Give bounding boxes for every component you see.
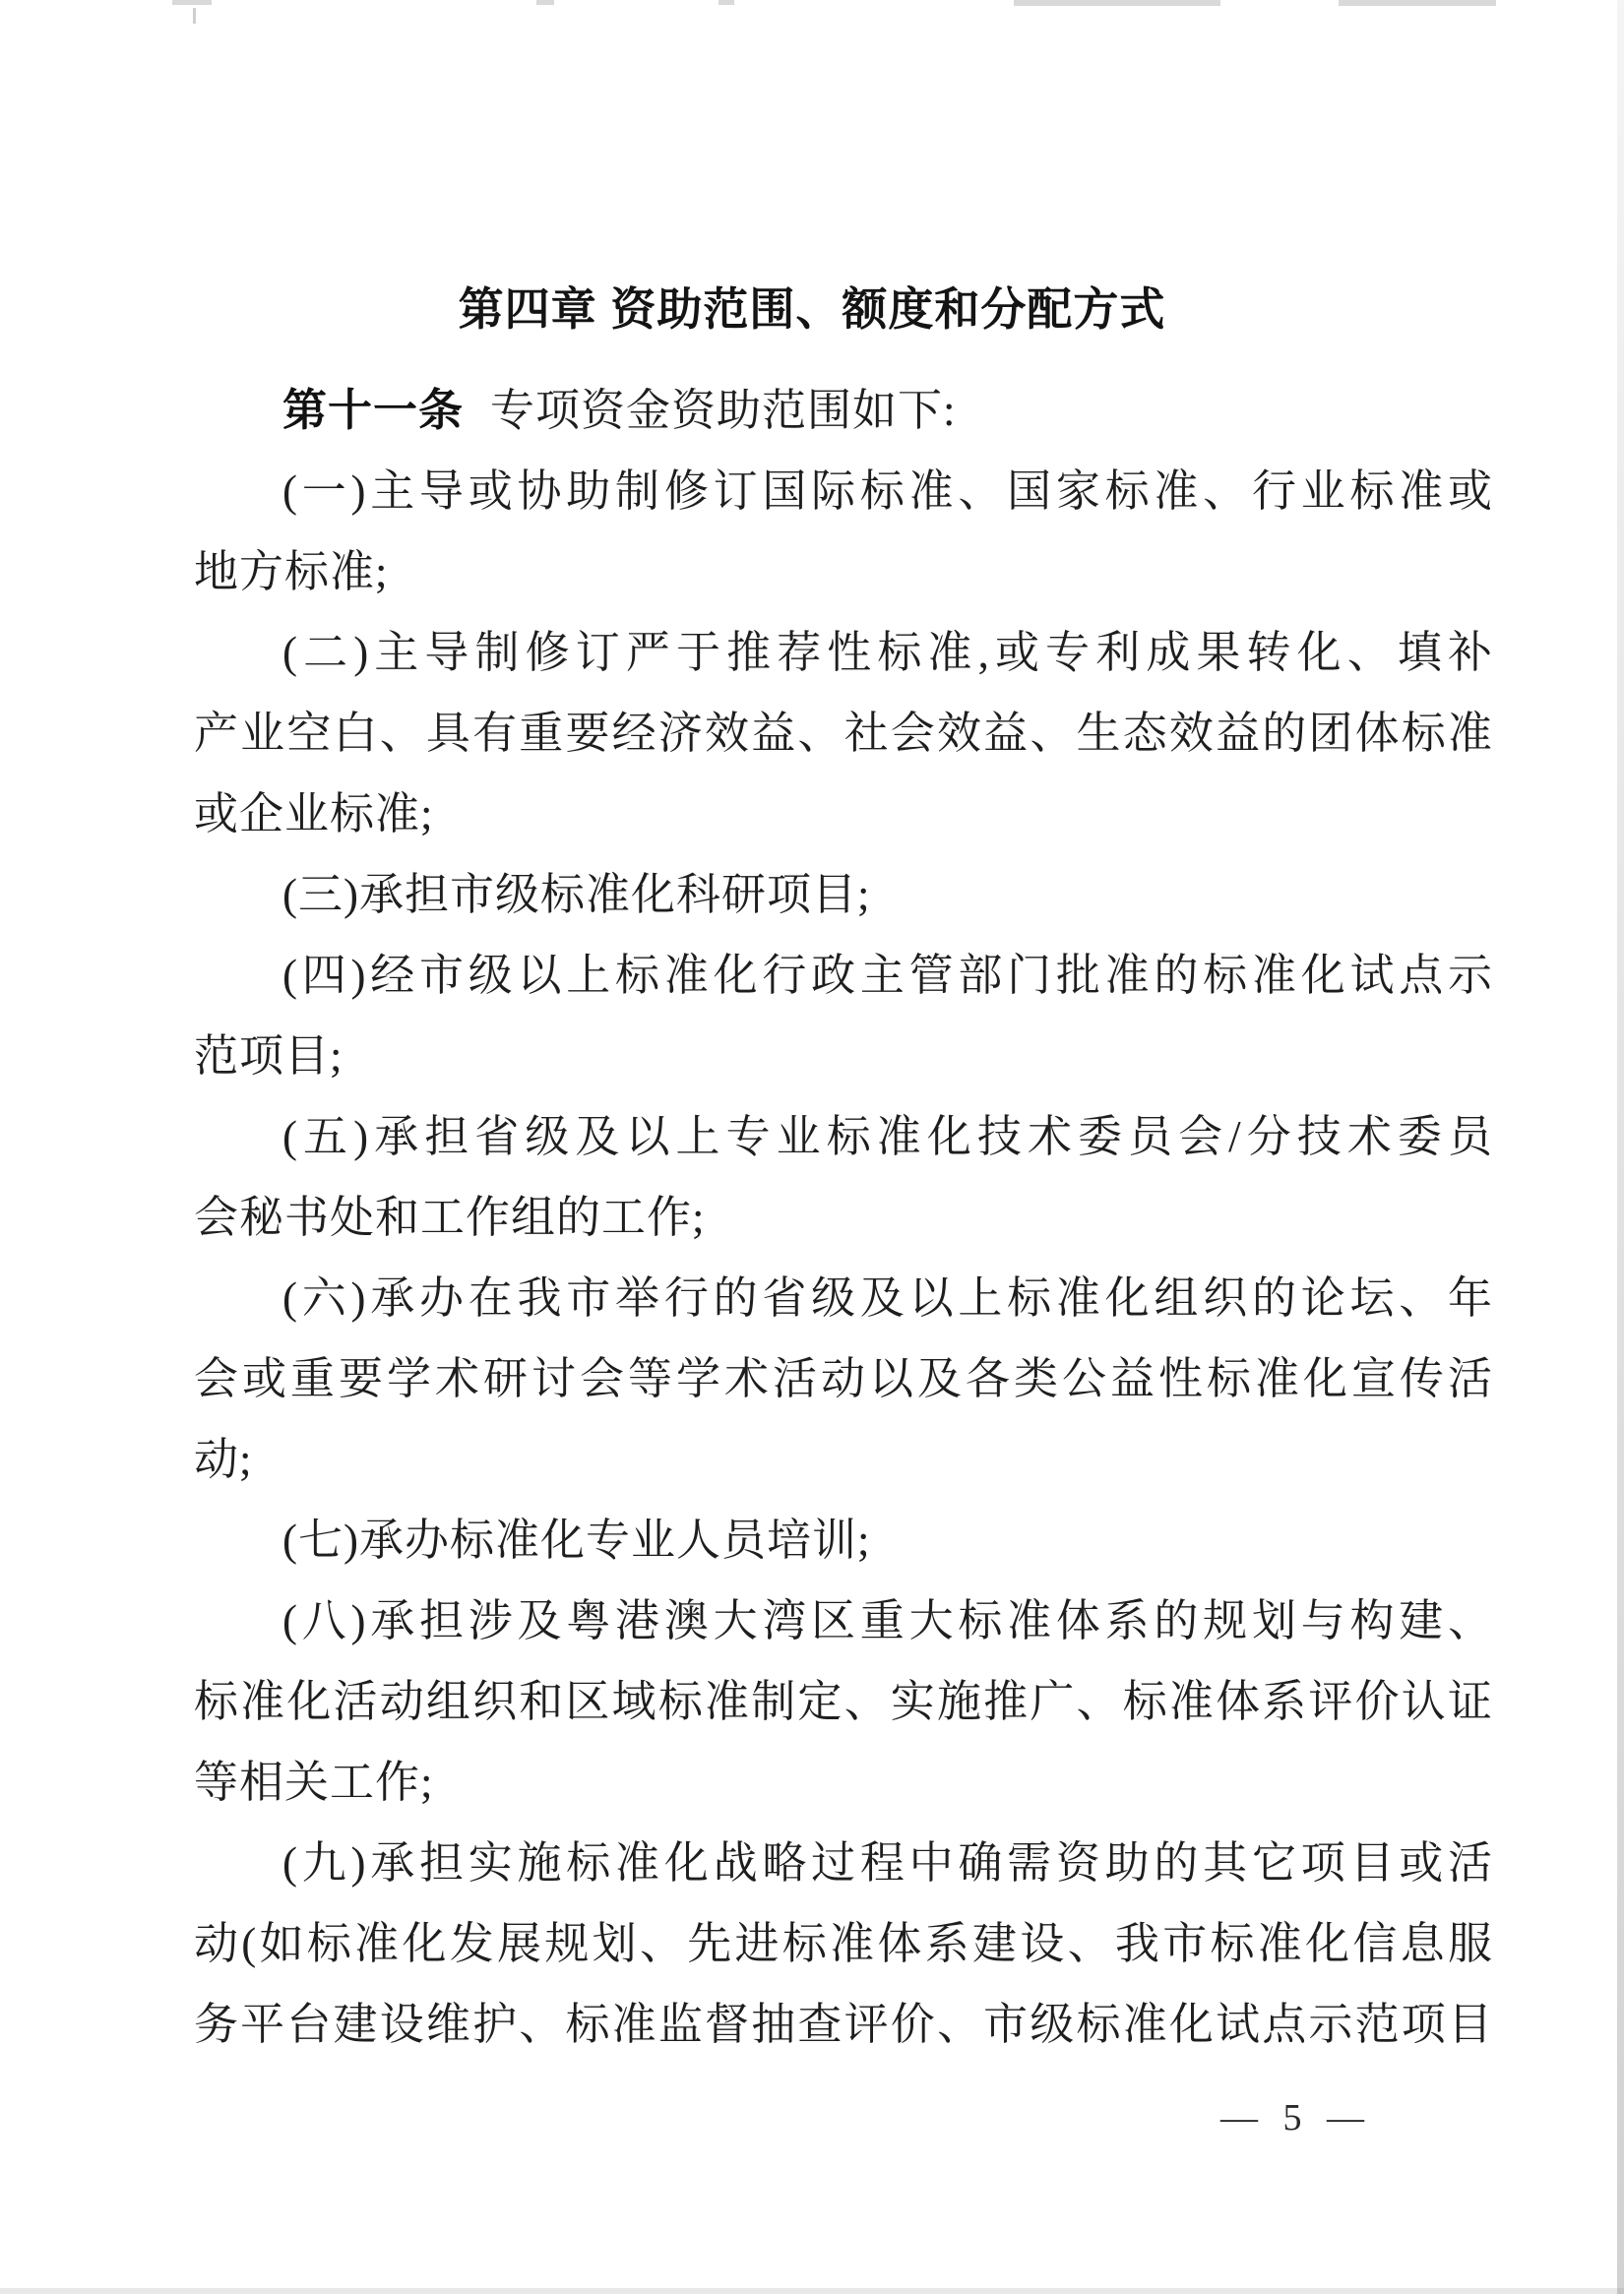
text-line: 会秘书处和工作组的工作;: [194, 1177, 1493, 1258]
text-line: 范项目;: [194, 1016, 1493, 1096]
text-line: 标准化活动组织和区域标准制定、实施推广、标准体系评价认证: [194, 1661, 1493, 1742]
text-line: 等相关工作;: [194, 1742, 1493, 1823]
list-item-7: (七)承办标准化专业人员培训;: [194, 1500, 1493, 1581]
scan-artifact: [1014, 0, 1220, 6]
text-line: 产业空白、具有重要经济效益、社会效益、生态效益的团体标准: [194, 693, 1493, 774]
list-item-4: (四)经市级以上标准化行政主管部门批准的标准化试点示 范项目;: [194, 935, 1493, 1096]
text-line: (一)主导或协助制修订国际标准、国家标准、行业标准或: [194, 451, 1493, 531]
text-line: 地方标准;: [194, 531, 1493, 612]
text-line: (五)承担省级及以上专业标准化技术委员会/分技术委员: [194, 1096, 1493, 1177]
text-line: 会或重要学术研讨会等学术活动以及各类公益性标准化宣传活: [194, 1338, 1493, 1419]
text-line: 动(如标准化发展规划、先进标准体系建设、我市标准化信息服: [194, 1903, 1493, 1984]
document-page: 第四章 资助范围、额度和分配方式 第十一条专项资金资助范围如下: (一)主导或协…: [0, 0, 1624, 2294]
list-item-9: (九)承担实施标准化战略过程中确需资助的其它项目或活 动(如标准化发展规划、先进…: [194, 1823, 1493, 2065]
article-intro-line: 第十一条专项资金资助范围如下:: [194, 370, 1493, 451]
page-number: — 5 —: [1220, 2094, 1372, 2141]
list-item-8: (八)承担涉及粤港澳大湾区重大标准体系的规划与构建、 标准化活动组织和区域标准制…: [194, 1581, 1493, 1823]
list-item-3: (三)承担市级标准化科研项目;: [194, 854, 1493, 935]
text-line: (六)承办在我市举行的省级及以上标准化组织的论坛、年: [194, 1258, 1493, 1338]
text-line: 动;: [194, 1419, 1493, 1500]
scan-artifact: [1339, 0, 1496, 6]
text-line: (二)主导制修订严于推荐性标准,或专利成果转化、填补: [194, 612, 1493, 693]
page-edge-shadow-right: [1617, 0, 1624, 2294]
list-item-5: (五)承担省级及以上专业标准化技术委员会/分技术委员 会秘书处和工作组的工作;: [194, 1096, 1493, 1258]
text-line: (九)承担实施标准化战略过程中确需资助的其它项目或活: [194, 1823, 1493, 1903]
list-item-6: (六)承办在我市举行的省级及以上标准化组织的论坛、年 会或重要学术研讨会等学术活…: [194, 1258, 1493, 1500]
text-line: 或企业标准;: [194, 774, 1493, 854]
scan-artifact: [172, 0, 212, 5]
scan-artifact: [718, 0, 734, 5]
text-line: 务平台建设维护、标准监督抽查评价、市级标准化试点示范项目: [194, 1984, 1493, 2065]
list-item-2: (二)主导制修订严于推荐性标准,或专利成果转化、填补 产业空白、具有重要经济效益…: [194, 612, 1493, 854]
text-line: (七)承办标准化专业人员培训;: [194, 1500, 1493, 1581]
article-number: 第十一条: [282, 385, 464, 435]
scan-artifact: [536, 0, 554, 5]
chapter-heading: 第四章 资助范围、额度和分配方式: [0, 0, 1624, 337]
text-line: (三)承担市级标准化科研项目;: [194, 854, 1493, 935]
text-line: (八)承担涉及粤港澳大湾区重大标准体系的规划与构建、: [194, 1581, 1493, 1661]
scan-artifact: [193, 8, 196, 24]
page-edge-shadow-bottom: [0, 2288, 1624, 2294]
list-item-1: (一)主导或协助制修订国际标准、国家标准、行业标准或 地方标准;: [194, 451, 1493, 612]
article-intro-text: 专项资金资助范围如下:: [490, 386, 957, 435]
text-line: (四)经市级以上标准化行政主管部门批准的标准化试点示: [194, 935, 1493, 1016]
document-body: 第十一条专项资金资助范围如下: (一)主导或协助制修订国际标准、国家标准、行业标…: [194, 370, 1493, 2065]
